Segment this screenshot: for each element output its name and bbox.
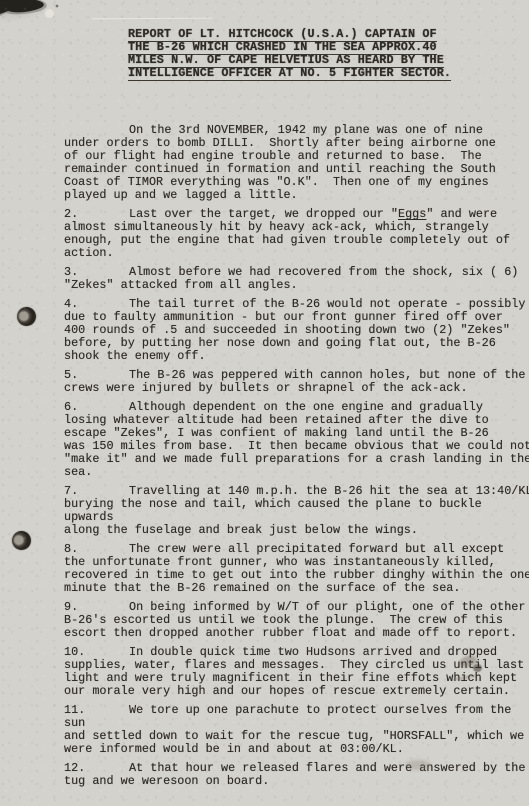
hole-punch-mark-top: [17, 307, 36, 326]
paragraph-number: 11.: [64, 704, 85, 717]
paragraph: 5. The B-26 was peppered with cannon hol…: [64, 369, 529, 395]
paragraph-text: Although dependent on the one engine and…: [64, 401, 529, 479]
paragraph-text: The crew were all precipitated forward b…: [64, 543, 529, 595]
paragraph-list: On the 3rd NOVEMBER, 1942 my plane was o…: [64, 124, 529, 788]
paragraph: 12. At that hour we released flares and …: [64, 762, 529, 788]
ghost-mark: [405, 760, 431, 770]
paragraph: 4. The tail turret of the B-26 would not…: [64, 298, 529, 363]
paragraph: 3. Almost before we had recovered from t…: [64, 266, 529, 292]
paragraph: On the 3rd NOVEMBER, 1942 my plane was o…: [64, 124, 529, 202]
paragraph-number: 8.: [64, 543, 78, 556]
document-page: REPORT OF LT. HITCHCOCK (U.S.A.) CAPTAIN…: [0, 0, 529, 806]
paragraph-text: On being informed by W/T of our plight, …: [64, 601, 529, 640]
paragraph: 7. Travelling at 140 m.p.h. the B-26 hit…: [64, 485, 529, 537]
paragraph-text: The B-26 was peppered with cannon holes,…: [64, 369, 529, 395]
ink-smudge: [473, 664, 482, 672]
paragraph-number: 7.: [64, 485, 78, 498]
paragraph-number: 12.: [64, 762, 85, 775]
paragraph-number: 6.: [64, 401, 78, 414]
paragraph-number: 5.: [64, 369, 78, 382]
paragraph-number: 4.: [64, 298, 78, 311]
paragraph-number: 2.: [64, 208, 78, 221]
paragraph: 8. The crew were all precipitated forwar…: [64, 543, 529, 595]
paragraph: 6. Although dependent on the one engine …: [64, 401, 529, 479]
corner-stain: [0, 0, 70, 26]
paragraph-text: In double quick time two Hudsons arrived…: [64, 646, 529, 698]
paragraph-text: Travelling at 140 m.p.h. the B-26 hit th…: [64, 485, 529, 537]
paragraph: 11. We tore up one parachute to protect …: [64, 704, 529, 756]
paragraph: 2. Last over the target, we dropped our …: [64, 208, 529, 260]
paragraph-number: 9.: [64, 601, 78, 614]
paragraph-text: Almost before we had recovered from the …: [64, 266, 529, 292]
title-line: INTELLIGENCE OFFICER AT NO. 5 FIGHTER SE…: [128, 68, 451, 81]
paragraph: 9. On being informed by W/T of our pligh…: [64, 601, 529, 640]
scratch-mark: [92, 18, 212, 20]
paragraph-text: Last over the target, we dropped our "Eg…: [64, 208, 529, 260]
paragraph-text: The tail turret of the B-26 would not op…: [64, 298, 529, 363]
paragraph-text: At that hour we released flares and were…: [64, 762, 529, 788]
paragraph-text: We tore up one parachute to protect ours…: [64, 704, 529, 756]
paragraph-text: On the 3rd NOVEMBER, 1942 my plane was o…: [64, 124, 529, 202]
hole-punch-mark-bottom: [12, 531, 31, 550]
title-block: REPORT OF LT. HITCHCOCK (U.S.A.) CAPTAIN…: [128, 29, 451, 81]
paragraph-number: 3.: [64, 266, 78, 279]
paragraph: 10. In double quick time two Hudsons arr…: [64, 646, 529, 698]
paragraph-number: 10.: [64, 646, 85, 659]
